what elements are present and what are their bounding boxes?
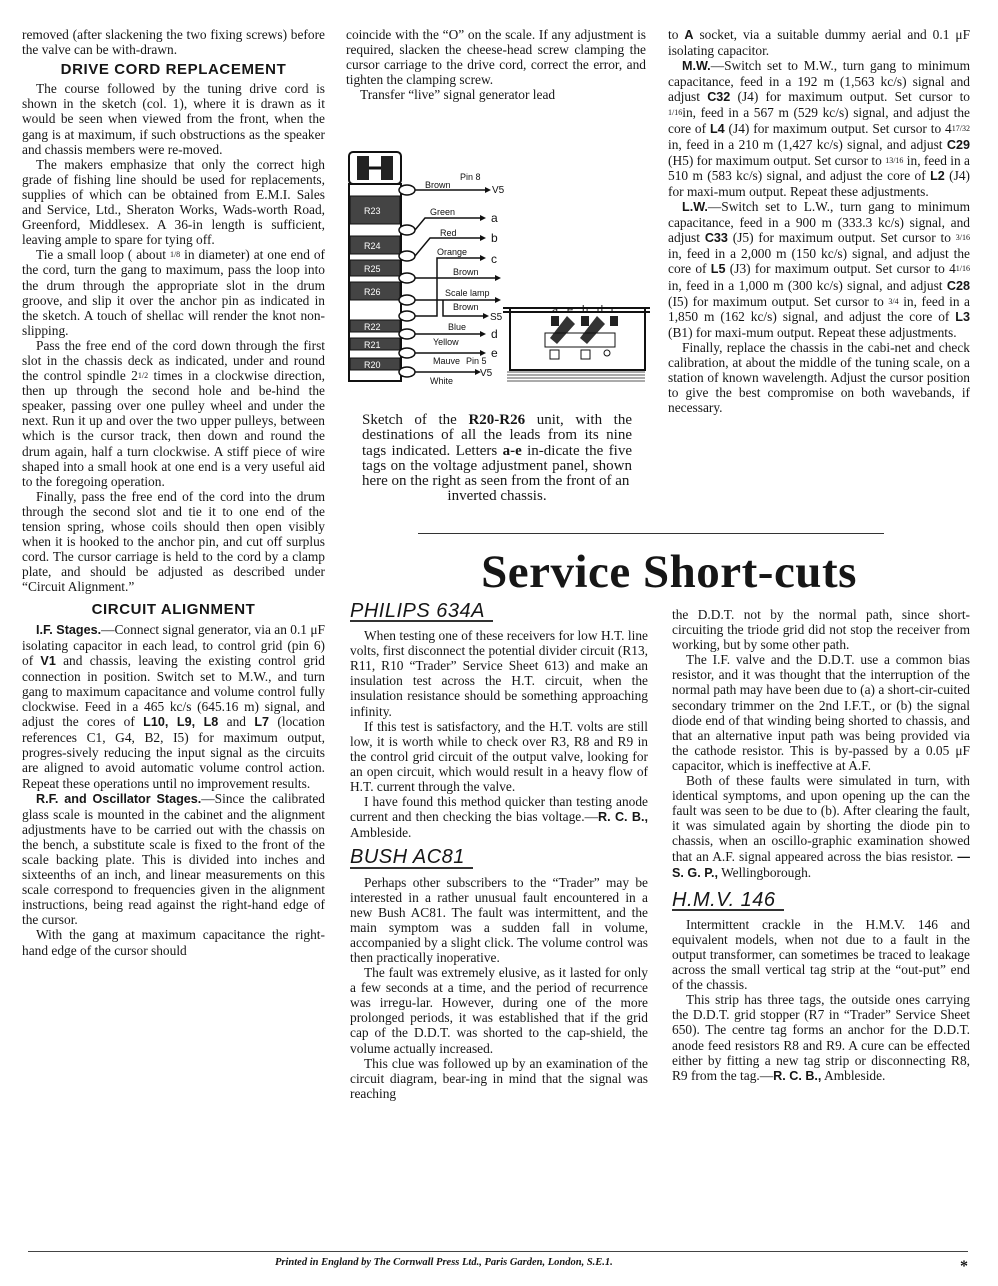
svg-text:e: e <box>491 346 498 360</box>
text: (J5) for maximum output. Set cursor to <box>728 230 956 245</box>
component-ref: C32 <box>707 90 730 104</box>
run-in-heading: L.W. <box>682 200 708 214</box>
component-ref: C29 <box>947 138 970 152</box>
svg-text:V5: V5 <box>492 185 505 196</box>
svg-text:R25: R25 <box>364 264 381 274</box>
component-ref: V1 <box>40 654 55 668</box>
figure-caption: Sketch of the R20-R26 unit, with the des… <box>362 413 632 505</box>
text: Sketch of the <box>362 412 468 428</box>
text: in, feed in a 1,000 m (300 kc/s) signal,… <box>668 278 947 293</box>
text: (J4) for maximum output. Set cursor to 4 <box>725 121 952 136</box>
svg-text:e: e <box>567 304 573 316</box>
paragraph: the D.D.T. not by the normal path, since… <box>672 607 970 652</box>
svg-text:R21: R21 <box>364 340 381 350</box>
fraction: 3/16 <box>956 233 970 242</box>
svg-text:Brown: Brown <box>453 267 479 277</box>
label-r23: R23 <box>364 206 381 216</box>
component-ref: L5 <box>711 262 726 276</box>
paragraph-if-stages: I.F. Stages.—Connect signal generator, v… <box>22 622 325 791</box>
svg-text:White: White <box>430 376 453 386</box>
svg-text:Yellow: Yellow <box>433 337 459 347</box>
paragraph: I have found this method quicker than te… <box>350 794 648 840</box>
svg-text:Scale lamp: Scale lamp <box>445 288 490 298</box>
paragraph: removed (after slackening the two fixing… <box>22 27 325 57</box>
printer-imprint: Printed in England by The Cornwall Press… <box>275 1257 613 1268</box>
paragraph-mw: M.W.—Switch set to M.W., turn gang to mi… <box>668 58 970 199</box>
paragraph: Pass the free end of the cord down throu… <box>22 338 325 489</box>
component-ref: L10, L9, L8 <box>143 715 218 729</box>
heading-philips-634a: PHILIPS 634A <box>350 604 493 622</box>
socket-ref: A <box>684 28 693 42</box>
paragraph: This strip has three tags, the outside o… <box>672 992 970 1084</box>
paragraph: Finally, replace the chassis in the cabi… <box>668 340 970 415</box>
paragraph-lw: L.W.—Switch set to L.W., turn gang to mi… <box>668 199 970 340</box>
paragraph: Perhaps other subscribers to the “Trader… <box>350 875 648 966</box>
fraction: 1/8 <box>170 250 180 259</box>
text: (J3) for maximum output. Set cursor to 4 <box>725 261 955 276</box>
run-in-heading: I.F. Stages. <box>36 623 101 637</box>
svg-text:d: d <box>597 304 603 316</box>
column-2-top: coincide with the “O” on the scale. If a… <box>346 27 646 102</box>
paragraph: This clue was followed up by an examinat… <box>350 1056 648 1101</box>
fraction: 1/16 <box>956 264 970 273</box>
text: times in a clockwise direction, then up … <box>22 368 325 489</box>
component-ref: L2 <box>930 169 945 183</box>
text: (B1) for maxi-mum output. Repeat these a… <box>668 325 957 340</box>
text: to <box>668 27 684 42</box>
text: Tie a small loop ( about <box>36 247 170 262</box>
svg-text:Orange: Orange <box>437 247 467 257</box>
paragraph: Both of these faults were simulated in t… <box>672 773 970 881</box>
svg-text:R24: R24 <box>364 241 381 251</box>
paragraph: coincide with the “O” on the scale. If a… <box>346 27 646 87</box>
paragraph: The course followed by the tuning drive … <box>22 81 325 156</box>
heading-bush-ac81: BUSH AC81 <box>350 850 473 868</box>
resistor-unit-sketch: R23 R24 R25 R26 R22 R21 R20 <box>345 148 655 388</box>
svg-text:Pin 5: Pin 5 <box>466 356 487 366</box>
svg-text:a: a <box>491 211 498 225</box>
fraction: 17/32 <box>952 124 970 133</box>
paragraph: With the gang at maximum capacitance the… <box>22 927 325 957</box>
paragraph: Tie a small loop ( about 1/8 in diameter… <box>22 247 325 338</box>
fraction: 13/16 <box>885 156 903 165</box>
svg-text:Pin 8: Pin 8 <box>460 172 481 182</box>
svg-text:R20: R20 <box>364 360 381 370</box>
component-ref: L3 <box>955 310 970 324</box>
svg-text:V5: V5 <box>480 368 493 379</box>
section-title: Service Short-cuts <box>340 542 998 602</box>
component-ref: L4 <box>710 122 725 136</box>
fraction: 1/2 <box>138 371 148 380</box>
place: Wellingborough. <box>718 865 811 880</box>
heading-circuit-alignment: CIRCUIT ALIGNMENT <box>22 602 325 617</box>
svg-text:Brown: Brown <box>425 180 451 190</box>
svg-text:d: d <box>491 327 498 341</box>
paragraph: Finally, pass the free end of the cord i… <box>22 489 325 595</box>
run-in-heading: R.F. and Oscillator Stages. <box>36 792 201 806</box>
svg-text:b: b <box>582 304 588 316</box>
text: (H5) for maximum output. Set cursor to <box>668 153 885 168</box>
paragraph: to A socket, via a suitable dummy aerial… <box>668 27 970 58</box>
text: (J4) for maximum output. Set cursor to <box>730 89 970 104</box>
svg-text:Mauve: Mauve <box>433 356 460 366</box>
heading-drive-cord-replacement: DRIVE CORD REPLACEMENT <box>22 62 325 77</box>
svg-text:S5: S5 <box>490 312 503 323</box>
component-ref: L7 <box>254 715 269 729</box>
text: and <box>218 714 254 729</box>
fraction: 1/16 <box>668 108 682 117</box>
paragraph-rf-stages: R.F. and Oscillator Stages.—Since the ca… <box>22 791 325 928</box>
paragraph: If this test is satisfactory, and the H.… <box>350 719 648 794</box>
paragraph: The makers emphasize that only the corre… <box>22 157 325 248</box>
footer-divider <box>28 1251 968 1252</box>
heading-hmv-146: H.M.V. 146 <box>672 893 784 911</box>
svg-text:b: b <box>491 231 498 245</box>
column-3-top: to A socket, via a suitable dummy aerial… <box>668 27 970 415</box>
svg-text:Red: Red <box>440 228 457 238</box>
text: inverted chassis. <box>362 489 632 504</box>
svg-text:Brown: Brown <box>453 302 479 312</box>
signature: R. C. B., <box>773 1069 821 1083</box>
paragraph: Transfer “live” signal generator lead <box>346 87 646 102</box>
component-ref: a-e <box>503 443 522 459</box>
svg-text:a: a <box>552 304 559 316</box>
svg-text:Blue: Blue <box>448 322 466 332</box>
svg-text:R26: R26 <box>364 287 381 297</box>
svg-text:R22: R22 <box>364 322 381 332</box>
svg-text:Green: Green <box>430 207 455 217</box>
text: socket, via a suitable dummy aerial and … <box>668 27 970 58</box>
divider <box>418 533 884 534</box>
paragraph: When testing one of these receivers for … <box>350 628 648 719</box>
run-in-heading: M.W. <box>682 59 711 73</box>
signature: R. C. B., <box>598 810 648 824</box>
paragraph: The I.F. valve and the D.D.T. use a comm… <box>672 652 970 773</box>
asterisk-mark: * <box>960 1258 968 1276</box>
svg-text:c: c <box>611 304 617 316</box>
svg-text:c: c <box>491 252 497 266</box>
paragraph: The fault was extremely elusive, as it l… <box>350 965 648 1056</box>
component-ref: C28 <box>947 279 970 293</box>
fraction: 3/4 <box>888 297 898 306</box>
component-ref: R20-R26 <box>468 412 525 428</box>
text: (I5) for maximum output. Set cursor to <box>668 294 888 309</box>
place: Ambleside. <box>821 1068 885 1083</box>
voltage-adjustment-panel: a e b d c <box>503 304 650 381</box>
place: Ambleside. <box>350 825 411 840</box>
text: in, feed in a 210 m (1,427 kc/s) signal,… <box>668 137 947 152</box>
component-ref: C33 <box>705 231 728 245</box>
text: Both of these faults were simulated in t… <box>672 773 970 863</box>
column-3-bottom: the D.D.T. not by the normal path, since… <box>672 607 970 1084</box>
paragraph: Intermittent crackle in the H.M.V. 146 a… <box>672 917 970 992</box>
column-2-bottom: PHILIPS 634A When testing one of these r… <box>350 604 648 1101</box>
text: —Since the calibrated glass scale is mou… <box>22 791 325 928</box>
column-1: removed (after slackening the two fixing… <box>22 27 325 958</box>
